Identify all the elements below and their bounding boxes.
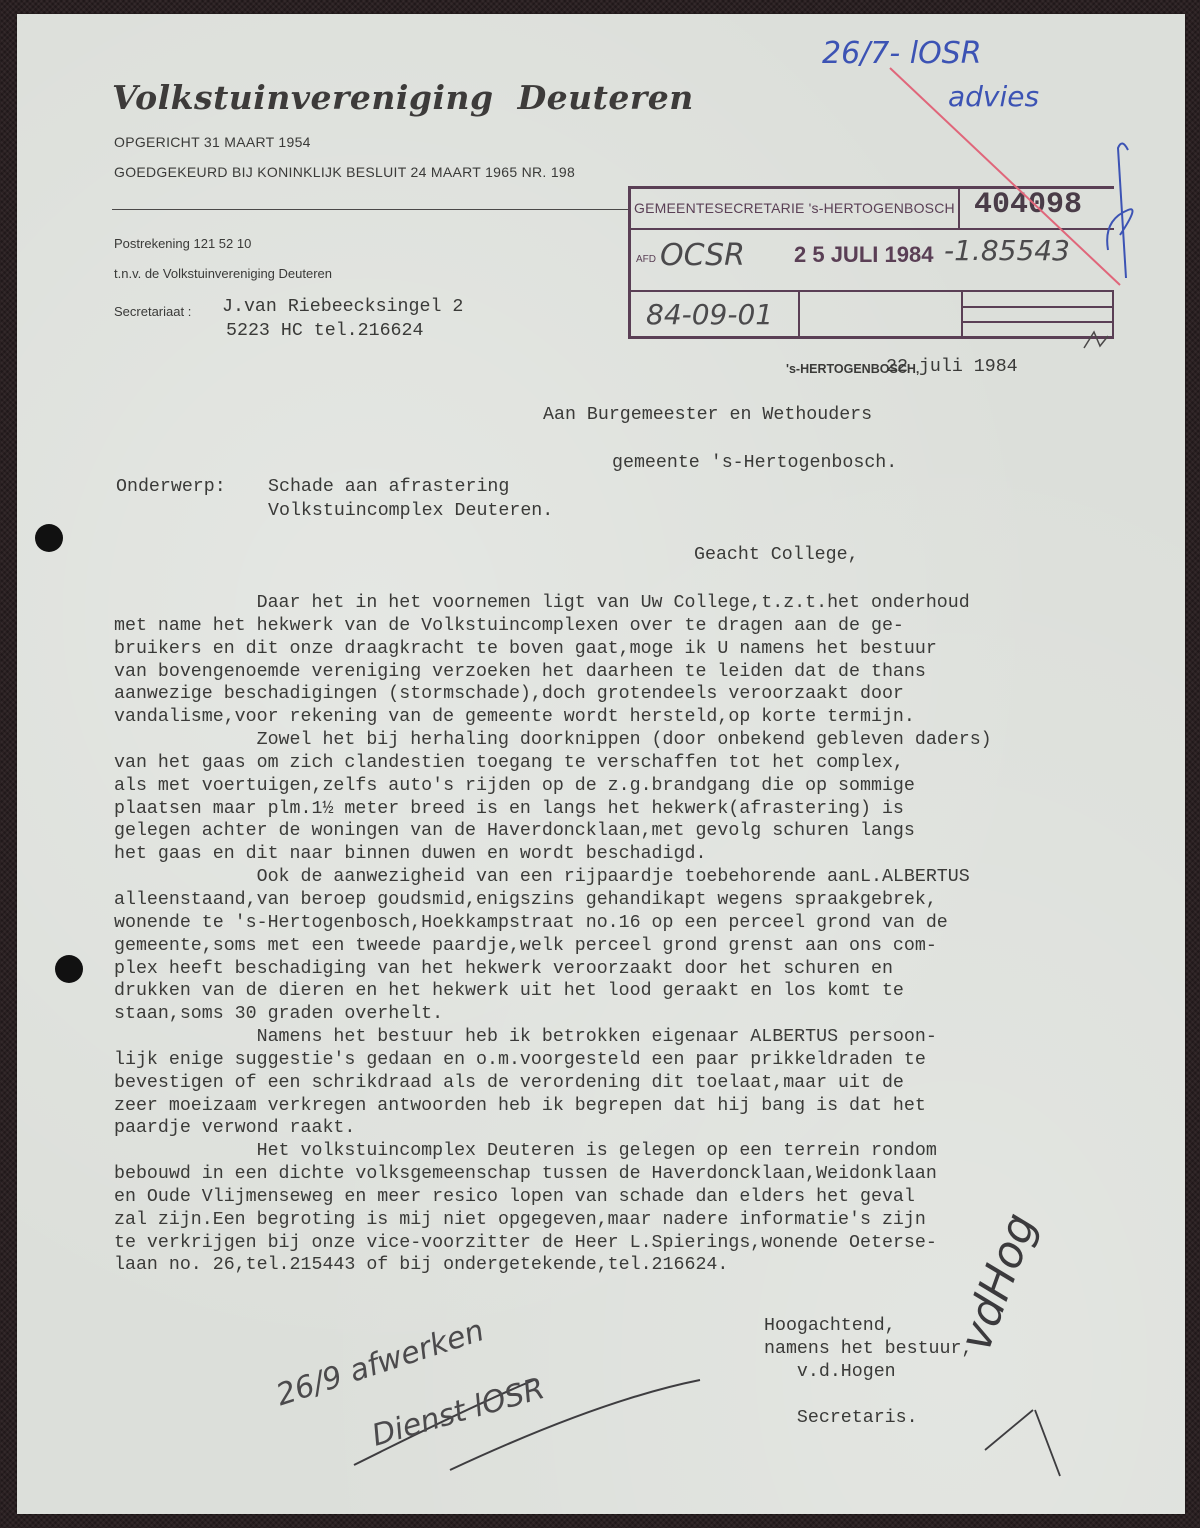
body-line: lijk enige suggestie's gedaan en o.m.voo… <box>114 1049 992 1072</box>
body-line: laan no. 26,tel.215443 of bij ondergetek… <box>114 1254 992 1277</box>
body-line: te verkrijgen bij onze vice-voorzitter d… <box>114 1232 992 1255</box>
body-line: Ook de aanwezigheid van een rijpaardje t… <box>114 866 992 889</box>
subject-label: Onderwerp: <box>116 477 226 497</box>
body-line: bevestigen of een schrikdraad als de ver… <box>114 1072 992 1095</box>
subject-line1: Schade aan afrastering <box>268 477 509 497</box>
body-line: Namens het bestuur heb ik betrokken eige… <box>114 1026 992 1049</box>
annotation-advice: advies <box>948 80 1039 113</box>
body-line: paardje verwond raakt. <box>114 1117 992 1140</box>
body-line: gelegen achter de woningen van de Haverd… <box>114 820 992 843</box>
recipient-line2: gemeente 's-Hertogenbosch. <box>612 453 897 473</box>
subject-line2: Volkstuincomplex Deuteren. <box>268 501 553 521</box>
body-line: Zowel het bij herhaling doorknippen (doo… <box>114 729 992 752</box>
body-line: gemeente,soms met een tweede paardje,wel… <box>114 935 992 958</box>
body-line: alleenstaand,van beroep goudsmid,enigszi… <box>114 889 992 912</box>
body-line: vandalisme,voor rekening van de gemeente… <box>114 706 992 729</box>
body-line: als met voertuigen,zelfs auto's rijden o… <box>114 775 992 798</box>
body-line: zal zijn.Een begroting is mij niet opgeg… <box>114 1209 992 1232</box>
on-behalf: namens het bestuur, <box>764 1339 972 1359</box>
body-line: drukken van de dieren en het hekwerk uit… <box>114 980 992 1003</box>
body-line: het gaas en dit naar binnen duwen en wor… <box>114 843 992 866</box>
body-line: zeer moeizaam verkregen antwoorden heb i… <box>114 1095 992 1118</box>
body-line: plex heeft beschadiging van het hekwerk … <box>114 958 992 981</box>
recipient-line1: Aan Burgemeester en Wethouders <box>543 405 872 425</box>
letter-body: Daar het in het voornemen ligt van Uw Co… <box>114 592 992 1277</box>
body-line: met name het hekwerk van de Volkstuincom… <box>114 615 992 638</box>
body-line: van bovengenoemde vereniging verzoeken h… <box>114 661 992 684</box>
salutation: Geacht College, <box>694 545 859 565</box>
body-line: bebouwd in een dichte volksgemeenschap t… <box>114 1163 992 1186</box>
body-line: wonende te 's-Hertogenbosch,Hoekkampstra… <box>114 912 992 935</box>
body-line: en Oude Vlijmenseweg en meer resico lope… <box>114 1186 992 1209</box>
body-line: bruikers en dit onze draagkracht te bove… <box>114 638 992 661</box>
body-line: aanwezige beschadigingen (stormschade),d… <box>114 683 992 706</box>
body-line: plaatsen maar plm.1½ meter breed is en l… <box>114 798 992 821</box>
annotation-forward: 26/7- lOSR <box>822 36 982 71</box>
letter-date: 22 juli 1984 <box>886 357 1018 377</box>
signatory-title: Secretaris. <box>764 1408 918 1428</box>
body-line: van het gaas om zich clandestien toegang… <box>114 752 992 775</box>
body-line: Het volkstuincomplex Deuteren is gelegen… <box>114 1140 992 1163</box>
body-line: staan,soms 30 graden overhelt. <box>114 1003 992 1026</box>
body-line: Daar het in het voornemen ligt van Uw Co… <box>114 592 992 615</box>
closing: Hoogachtend, <box>764 1316 896 1336</box>
signatory-name: v.d.Hogen <box>764 1362 896 1382</box>
